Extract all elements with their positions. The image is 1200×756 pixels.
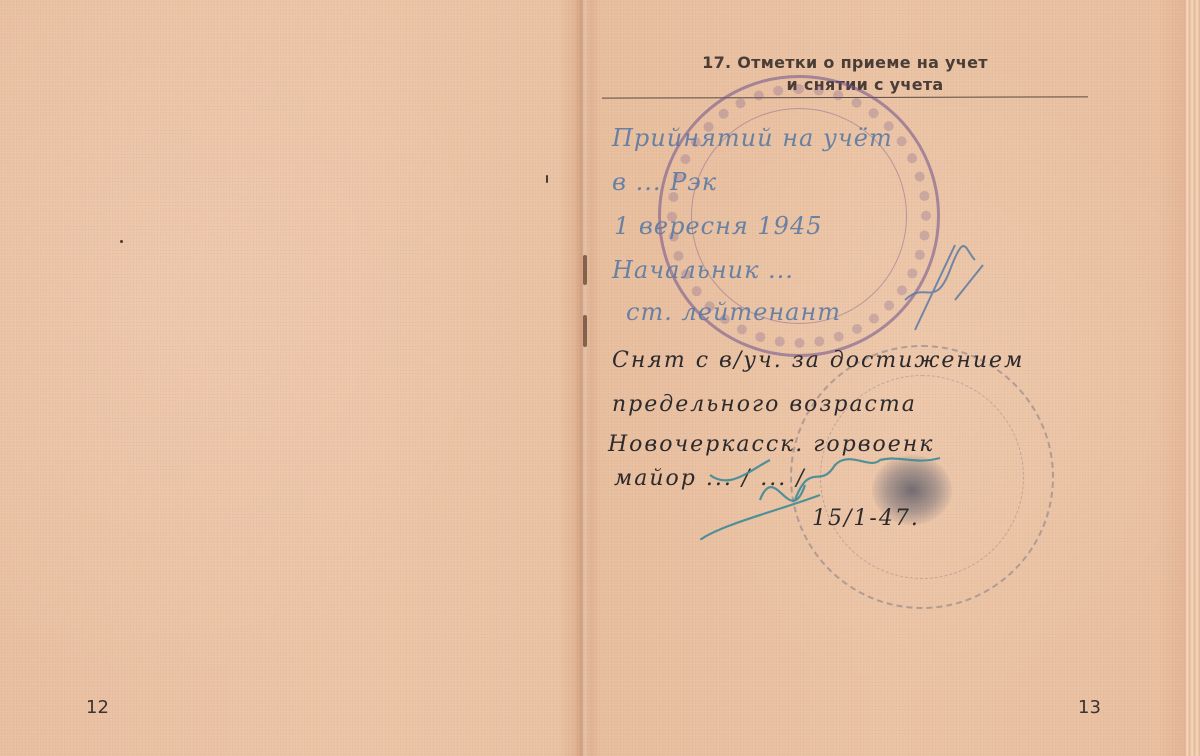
left-page: 12 bbox=[0, 0, 583, 756]
right-page bbox=[583, 0, 1188, 756]
staple bbox=[583, 255, 587, 285]
teal-signature bbox=[700, 440, 1020, 540]
handwritten-line: Начальник ... bbox=[612, 256, 794, 284]
handwritten-line: 1 вересня 1945 bbox=[614, 212, 822, 240]
handwritten-line: ст. лейтенант bbox=[626, 298, 841, 326]
section-heading-line2: и снятии с учета bbox=[640, 74, 1090, 96]
blue-signature bbox=[895, 240, 985, 340]
paper-texture bbox=[0, 0, 583, 756]
handwritten-line: предельного возраста bbox=[612, 392, 917, 417]
document-spread: 12 17. Отметки о приеме на учет и снятии… bbox=[0, 0, 1200, 756]
ink-speck bbox=[546, 175, 548, 183]
page-number-left: 12 bbox=[86, 697, 109, 718]
ink-speck bbox=[120, 240, 123, 243]
section-heading-line1: 17. Отметки о приеме на учет bbox=[600, 52, 1090, 74]
page-number-right: 13 bbox=[1078, 697, 1101, 718]
section-heading: 17. Отметки о приеме на учет и снятии с … bbox=[600, 52, 1090, 96]
staple bbox=[583, 315, 587, 347]
paper-texture bbox=[583, 0, 1188, 756]
handwritten-line: Снят с в/уч. за достижением bbox=[612, 348, 1024, 373]
handwritten-line: Прийнятий на учёт bbox=[612, 124, 893, 152]
page-edges bbox=[1186, 0, 1200, 756]
handwritten-line: в ... Рэк bbox=[612, 168, 717, 196]
gutter bbox=[575, 0, 591, 756]
